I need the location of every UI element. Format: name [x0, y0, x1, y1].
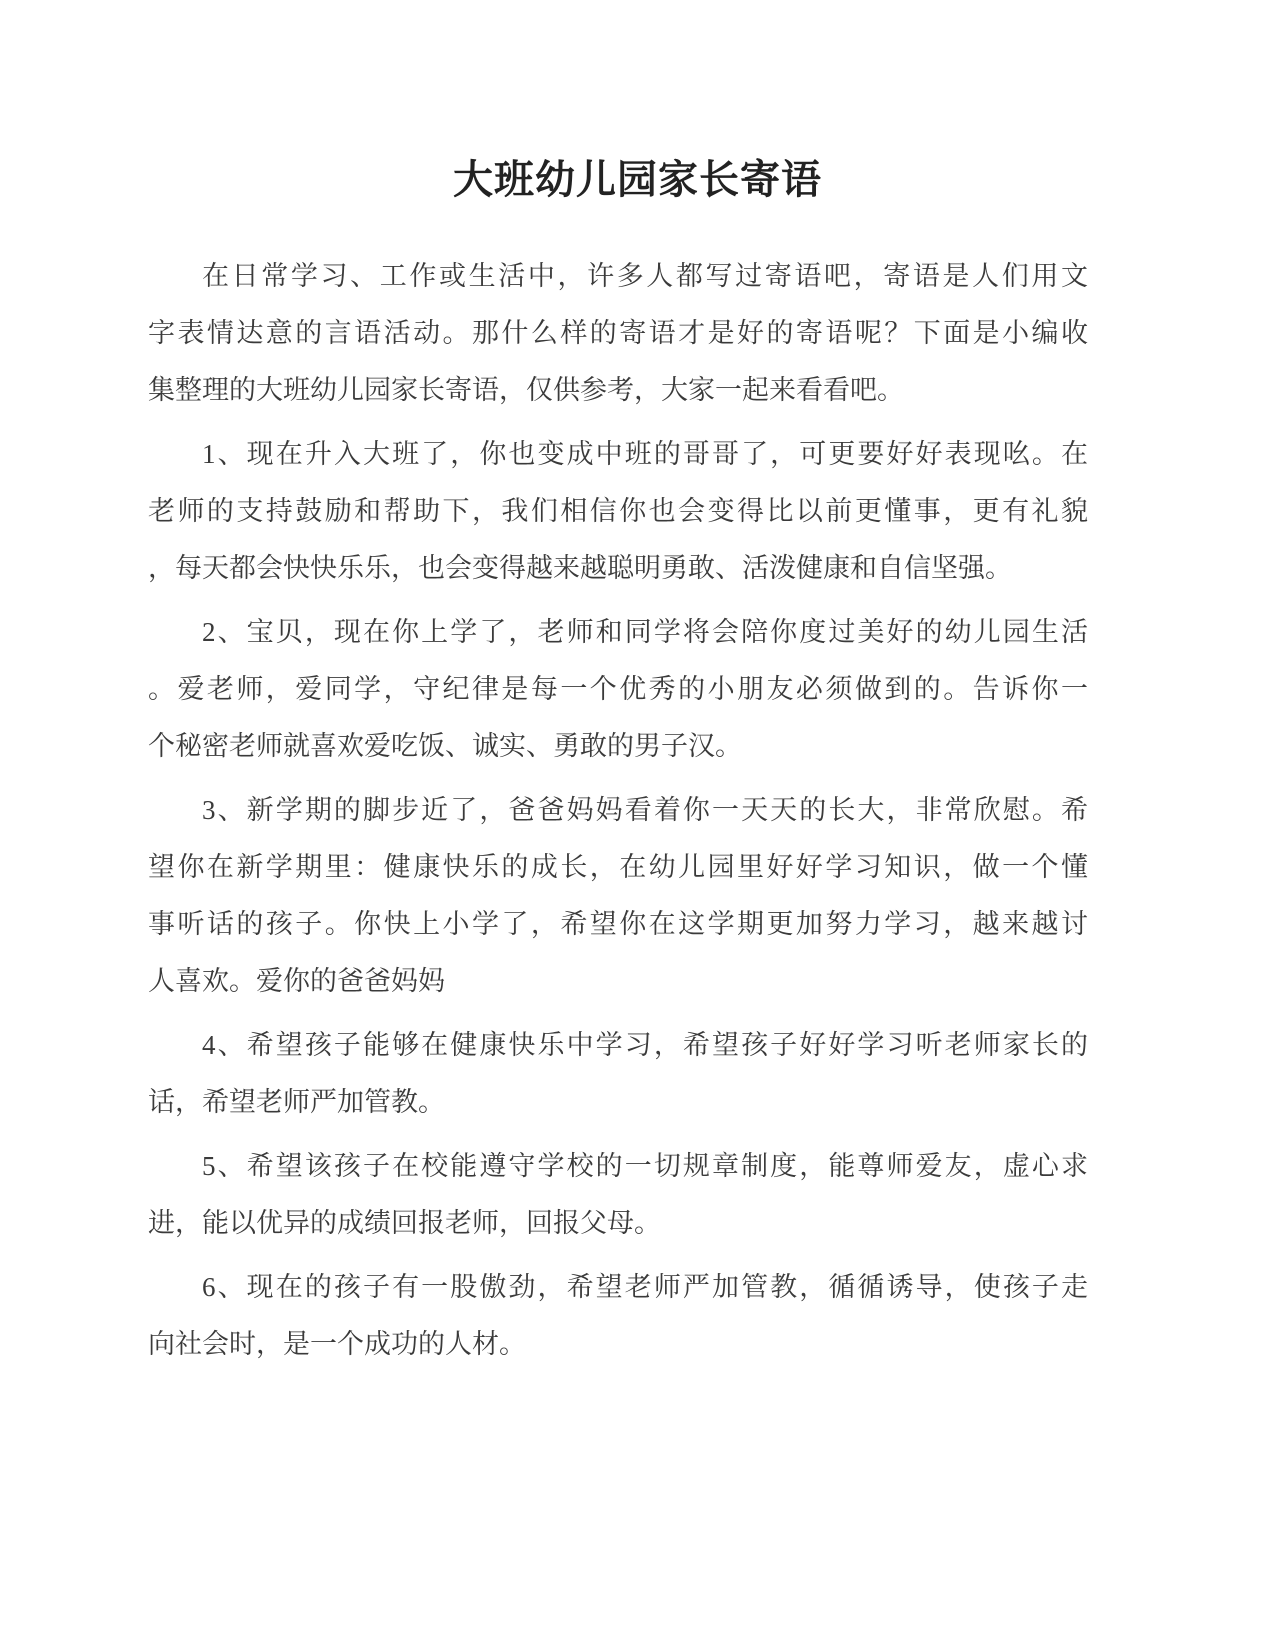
text-line: 向社会时，是一个成功的人材。 [148, 1316, 1088, 1373]
paragraph: 5、希望该孩子在校能遵守学校的一切规章制度，能尊师爱友，虚心求进，能以优异的成绩… [148, 1138, 1088, 1252]
paragraph: 1、现在升入大班了，你也变成中班的哥哥了，可更要好好表现吆。在老师的支持鼓励和帮… [148, 426, 1088, 597]
page-title: 大班幼儿园家长寄语 [0, 0, 1275, 204]
text-line: 1、现在升入大班了，你也变成中班的哥哥了，可更要好好表现吆。在 [148, 426, 1088, 483]
text-line: 4、希望孩子能够在健康快乐中学习，希望孩子好好学习听老师家长的 [148, 1017, 1088, 1074]
document-page: 大班幼儿园家长寄语 在日常学习、工作或生活中，许多人都写过寄语吧，寄语是人们用文… [0, 0, 1275, 1650]
text-line: 人喜欢。爱你的爸爸妈妈 [148, 953, 1088, 1010]
text-line: 字表情达意的言语活动。那什么样的寄语才是好的寄语呢？下面是小编收 [148, 305, 1088, 362]
text-line: 个秘密老师就喜欢爱吃饭、诚实、勇敢的男子汉。 [148, 718, 1088, 775]
text-line: ，每天都会快快乐乐，也会变得越来越聪明勇敢、活泼健康和自信坚强。 [148, 540, 1088, 597]
text-line: 在日常学习、工作或生活中，许多人都写过寄语吧，寄语是人们用文 [148, 248, 1088, 305]
text-line: 老师的支持鼓励和帮助下，我们相信你也会变得比以前更懂事，更有礼貌 [148, 483, 1088, 540]
text-line: 2、宝贝，现在你上学了，老师和同学将会陪你度过美好的幼儿园生活 [148, 604, 1088, 661]
text-line: 3、新学期的脚步近了，爸爸妈妈看着你一天天的长大，非常欣慰。希 [148, 782, 1088, 839]
text-line: 6、现在的孩子有一股傲劲，希望老师严加管教，循循诱导，使孩子走 [148, 1259, 1088, 1316]
paragraph: 2、宝贝，现在你上学了，老师和同学将会陪你度过美好的幼儿园生活。爱老师，爱同学，… [148, 604, 1088, 775]
paragraph: 3、新学期的脚步近了，爸爸妈妈看着你一天天的长大，非常欣慰。希望你在新学期里：健… [148, 782, 1088, 1010]
paragraph: 4、希望孩子能够在健康快乐中学习，希望孩子好好学习听老师家长的话，希望老师严加管… [148, 1017, 1088, 1131]
text-line: 。爱老师，爱同学，守纪律是每一个优秀的小朋友必须做到的。告诉你一 [148, 661, 1088, 718]
paragraph: 在日常学习、工作或生活中，许多人都写过寄语吧，寄语是人们用文字表情达意的言语活动… [148, 248, 1088, 419]
text-line: 进，能以优异的成绩回报老师，回报父母。 [148, 1195, 1088, 1252]
text-line: 事听话的孩子。你快上小学了，希望你在这学期更加努力学习，越来越讨 [148, 896, 1088, 953]
text-line: 话，希望老师严加管教。 [148, 1074, 1088, 1131]
text-line: 5、希望该孩子在校能遵守学校的一切规章制度，能尊师爱友，虚心求 [148, 1138, 1088, 1195]
document-body: 在日常学习、工作或生活中，许多人都写过寄语吧，寄语是人们用文字表情达意的言语活动… [148, 248, 1088, 1373]
text-line: 望你在新学期里：健康快乐的成长，在幼儿园里好好学习知识，做一个懂 [148, 839, 1088, 896]
text-line: 集整理的大班幼儿园家长寄语，仅供参考，大家一起来看看吧。 [148, 362, 1088, 419]
paragraph: 6、现在的孩子有一股傲劲，希望老师严加管教，循循诱导，使孩子走向社会时，是一个成… [148, 1259, 1088, 1373]
